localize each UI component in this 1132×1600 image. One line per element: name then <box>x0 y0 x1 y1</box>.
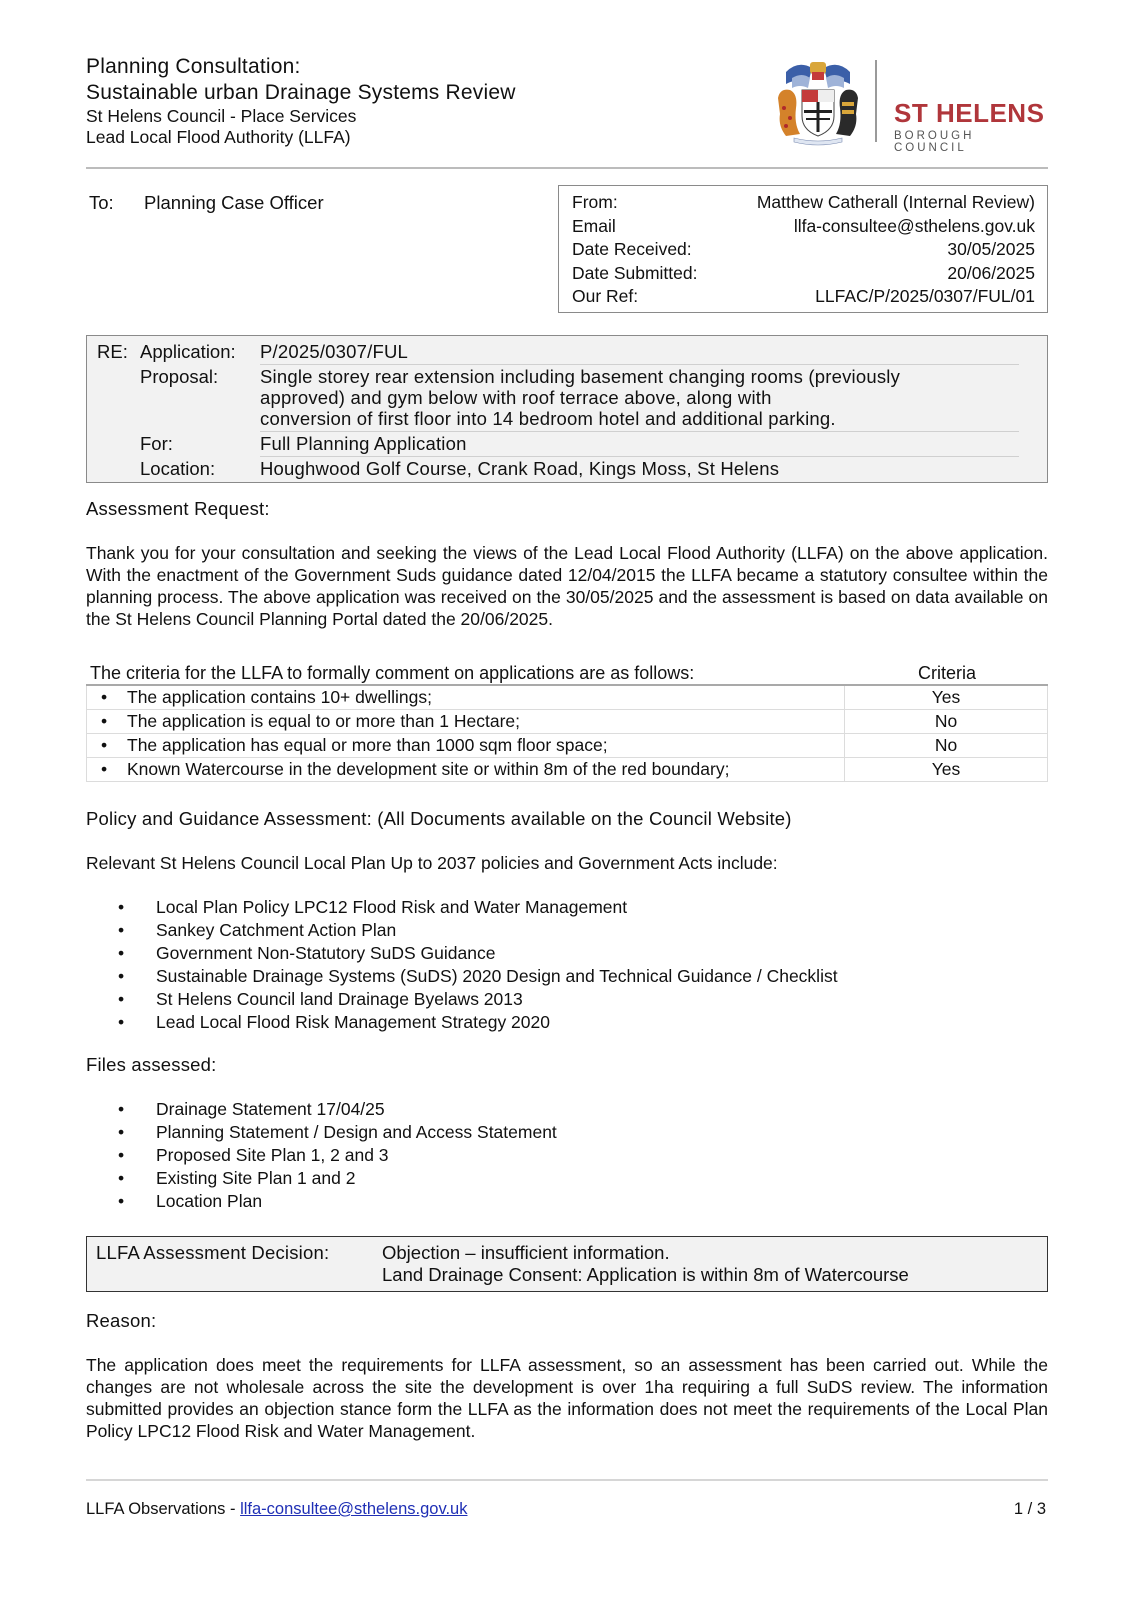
bullet-icon: • <box>118 1190 156 1213</box>
re-row-proposal: Proposal: Single storey rear extension i… <box>97 366 1019 433</box>
location-label: Location: <box>140 458 260 482</box>
sender-row-from: From: Matthew Catherall (Internal Review… <box>572 191 1035 215</box>
page-indicator: 1 / 3 <box>1014 1500 1046 1519</box>
criteria-header-text: The criteria for the LLFA to formally co… <box>90 662 846 684</box>
table-row: •The application contains 10+ dwellings;… <box>86 686 1048 710</box>
decision-line2: Land Drainage Consent: Application is wi… <box>382 1264 909 1286</box>
criteria-header-col: Criteria <box>846 662 1048 684</box>
email-label: Email <box>572 215 616 239</box>
criteria-value: No <box>845 734 1047 757</box>
bullet-icon: • <box>118 1167 156 1190</box>
re-row-application: RE: Application: P/2025/0307/FUL <box>97 341 1019 366</box>
sender-row-our-ref: Our Ref: LLFAC/P/2025/0307/FUL/01 <box>572 285 1035 309</box>
from-label: From: <box>572 191 618 215</box>
decision-value: Objection – insufficient information. La… <box>382 1242 909 1286</box>
bullet-icon: • <box>101 758 127 781</box>
proposal-line: conversion of first floor into 14 bedroo… <box>260 408 1019 429</box>
criteria-text: Known Watercourse in the development sit… <box>127 758 729 781</box>
list-item: •Sustainable Drainage Systems (SuDS) 202… <box>118 965 838 988</box>
decision-label: LLFA Assessment Decision: <box>96 1242 382 1286</box>
files-list: •Drainage Statement 17/04/25 •Planning S… <box>118 1098 557 1213</box>
re-prefix: RE: <box>97 341 140 366</box>
for-label: For: <box>140 433 260 458</box>
recipient-value: Planning Case Officer <box>144 192 324 213</box>
application-value: P/2025/0307/FUL <box>260 341 1019 365</box>
bullet-icon: • <box>118 988 156 1011</box>
assessment-decision-box: LLFA Assessment Decision: Objection – in… <box>86 1236 1048 1292</box>
bullet-icon: • <box>118 919 156 942</box>
proposal-label: Proposal: <box>140 366 260 433</box>
list-item: •Proposed Site Plan 1, 2 and 3 <box>118 1144 557 1167</box>
bullet-icon: • <box>101 686 127 709</box>
logo-divider <box>875 60 877 142</box>
header-divider <box>86 167 1048 169</box>
list-item: •Government Non-Statutory SuDS Guidance <box>118 942 838 965</box>
list-item: •Local Plan Policy LPC12 Flood Risk and … <box>118 896 838 919</box>
list-item: •Planning Statement / Design and Access … <box>118 1121 557 1144</box>
criteria-table: The criteria for the LLFA to formally co… <box>86 662 1048 782</box>
proposal-value: Single storey rear extension including b… <box>260 366 1019 432</box>
criteria-text: The application contains 10+ dwellings; <box>127 686 432 709</box>
footer-email-link[interactable]: llfa-consultee@sthelens.gov.uk <box>240 1500 467 1518</box>
location-value: Houghwood Golf Course, Crank Road, Kings… <box>260 458 1019 481</box>
for-value: Full Planning Application <box>260 433 1019 457</box>
policy-intro: Relevant St Helens Council Local Plan Up… <box>86 852 1048 874</box>
criteria-text: The application has equal or more than 1… <box>127 734 608 757</box>
date-received-label: Date Received: <box>572 238 692 262</box>
document-page: Planning Consultation: Sustainable urban… <box>0 0 1132 1600</box>
date-submitted-label: Date Submitted: <box>572 262 697 286</box>
criteria-table-header: The criteria for the LLFA to formally co… <box>86 662 1048 686</box>
our-ref-label: Our Ref: <box>572 285 638 309</box>
sender-row-email: Email llfa-consultee@sthelens.gov.uk <box>572 215 1035 239</box>
decision-line1: Objection – insufficient information. <box>382 1242 909 1264</box>
coat-of-arms-icon <box>772 54 864 146</box>
recipient-label: To: <box>89 192 144 214</box>
footer-divider <box>86 1479 1048 1481</box>
from-value: Matthew Catherall (Internal Review) <box>757 191 1035 215</box>
email-value: llfa-consultee@sthelens.gov.uk <box>794 215 1035 239</box>
assessment-request-body: Thank you for your consultation and seek… <box>86 542 1048 630</box>
criteria-value: Yes <box>845 758 1047 781</box>
logo-name: ST HELENS <box>894 98 1044 129</box>
sender-row-date-received: Date Received: 30/05/2025 <box>572 238 1035 262</box>
reason-heading: Reason: <box>86 1310 156 1332</box>
sender-details-box: From: Matthew Catherall (Internal Review… <box>558 185 1048 313</box>
bullet-icon: • <box>101 710 127 733</box>
list-item: •Drainage Statement 17/04/25 <box>118 1098 557 1121</box>
files-heading: Files assessed: <box>86 1054 217 1076</box>
footer-text: LLFA Observations - llfa-consultee@sthel… <box>86 1500 467 1519</box>
reason-body: The application does meet the requiremen… <box>86 1354 1048 1442</box>
criteria-value: No <box>845 710 1047 733</box>
date-received-value: 30/05/2025 <box>947 238 1035 262</box>
proposal-line: approved) and gym below with roof terrac… <box>260 387 1019 408</box>
bullet-icon: • <box>118 1121 156 1144</box>
bullet-icon: • <box>118 965 156 988</box>
re-row-location: Location: Houghwood Golf Course, Crank R… <box>97 458 1019 482</box>
list-item: •Location Plan <box>118 1190 557 1213</box>
date-submitted-value: 20/06/2025 <box>947 262 1035 286</box>
our-ref-value: LLFAC/P/2025/0307/FUL/01 <box>815 285 1035 309</box>
list-item: •Existing Site Plan 1 and 2 <box>118 1167 557 1190</box>
bullet-icon: • <box>118 1098 156 1121</box>
bullet-icon: • <box>118 896 156 919</box>
footer-prefix: LLFA Observations - <box>86 1500 240 1518</box>
list-item: •Sankey Catchment Action Plan <box>118 919 838 942</box>
assessment-request-heading: Assessment Request: <box>86 498 270 520</box>
table-row: •Known Watercourse in the development si… <box>86 758 1048 782</box>
recipient: To:Planning Case Officer <box>89 192 324 214</box>
criteria-value: Yes <box>845 686 1047 709</box>
list-item: •Lead Local Flood Risk Management Strate… <box>118 1011 838 1034</box>
logo-tagline: BOROUGH COUNCIL <box>894 130 1052 154</box>
council-logo: ST HELENS BOROUGH COUNCIL <box>772 54 1052 146</box>
re-row-for: For: Full Planning Application <box>97 433 1019 458</box>
sender-row-date-submitted: Date Submitted: 20/06/2025 <box>572 262 1035 286</box>
proposal-line: Single storey rear extension including b… <box>260 366 1019 387</box>
bullet-icon: • <box>118 1011 156 1034</box>
bullet-icon: • <box>101 734 127 757</box>
bullet-icon: • <box>118 942 156 965</box>
policy-list: •Local Plan Policy LPC12 Flood Risk and … <box>118 896 838 1034</box>
table-row: •The application is equal to or more tha… <box>86 710 1048 734</box>
table-row: •The application has equal or more than … <box>86 734 1048 758</box>
application-label: Application: <box>140 341 260 366</box>
list-item: •St Helens Council land Drainage Byelaws… <box>118 988 838 1011</box>
application-details-box: RE: Application: P/2025/0307/FUL Proposa… <box>86 335 1048 483</box>
bullet-icon: • <box>118 1144 156 1167</box>
criteria-text: The application is equal to or more than… <box>127 710 520 733</box>
policy-heading: Policy and Guidance Assessment: (All Doc… <box>86 808 792 830</box>
